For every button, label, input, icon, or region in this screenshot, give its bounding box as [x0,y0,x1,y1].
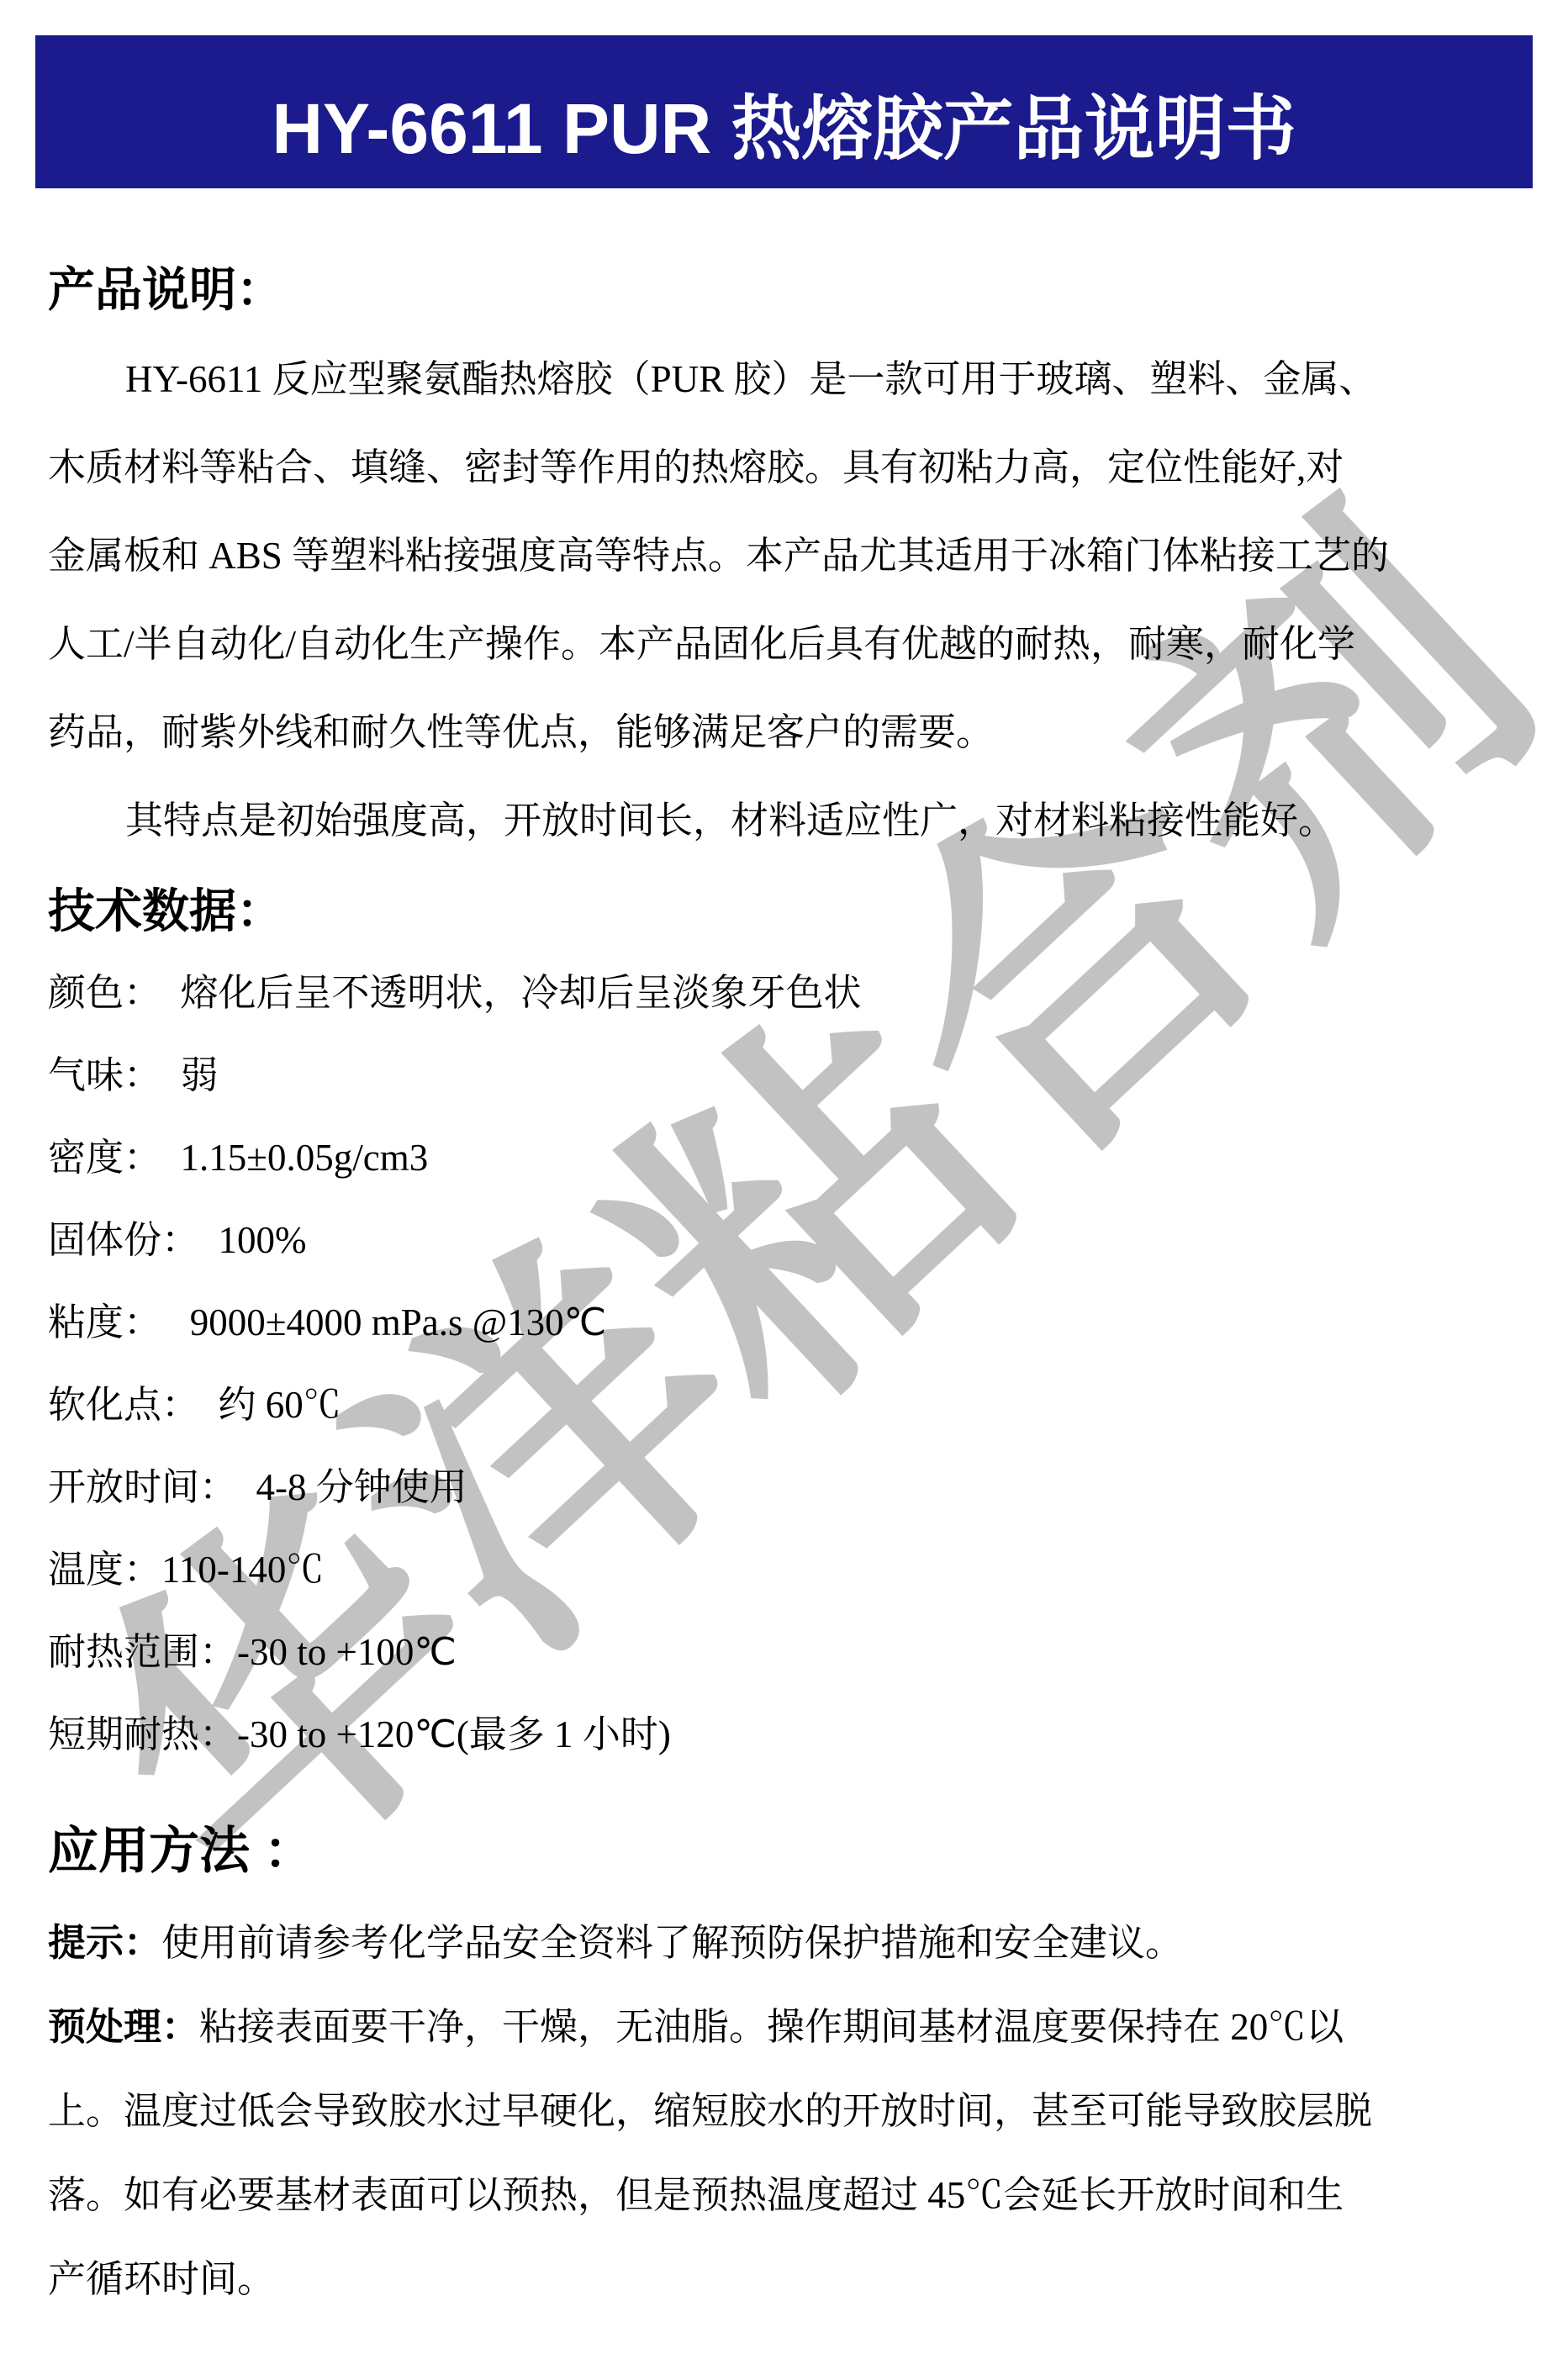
tech-label: 开放时间： [48,1466,237,1508]
section-heading-application-method: 应用方法 ： [48,1811,1522,1891]
application-line-label: 提示： [48,1921,161,1964]
tech-value: 约 60℃ [199,1384,341,1426]
tech-value: 弱 [161,1054,219,1096]
document-title: HY-6611 PUR 热熔胶产品说明书 [272,50,1296,174]
application-line-text: 上。温度过低会导致胶水过早硬化，缩短胶水的开放时间，甚至可能导致胶层脱 [48,2090,1372,2132]
tech-label: 密度： [48,1137,161,1179]
product-description-paragraph: HY-6611 反应型聚氨酯热熔胶（PUR 胶）是一款可用于玻璃、塑料、金属、 … [48,335,1522,865]
title-banner: HY-6611 PUR 热熔胶产品说明书 [35,35,1533,188]
document-body: 产品说明： HY-6611 反应型聚氨酯热熔胶（PUR 胶）是一款可用于玻璃、塑… [0,254,1568,2321]
tech-value: 4-8 分钟使用 [237,1466,467,1508]
tech-value: 熔化后呈不透明状，冷却后呈淡象牙色状 [161,972,862,1014]
document-page: 华洋粘合剂 HY-6611 PUR 热熔胶产品说明书 产品说明： HY-6611… [0,0,1568,2354]
application-line: 落。如有必要基材表面可以预热，但是预热温度超过 45℃会延长开放时间和生 [48,2153,1522,2237]
tech-row: 气味： 弱 [48,1034,1522,1116]
application-line-text: 产循环时间。 [48,2258,275,2300]
application-line: 产循环时间。 [48,2237,1522,2321]
tech-row: 颜色： 熔化后呈不透明状，冷却后呈淡象牙色状 [48,952,1522,1034]
description-line: 金属板和 ABS 等塑料粘接强度高等特点。本产品尤其适用于冰箱门体粘接工艺的 [48,512,1522,600]
tech-value: 1.15±0.05g/cm3 [161,1137,428,1179]
tech-value: -30 to +120℃(最多 1 小时) [237,1713,671,1755]
tech-value: 110-140℃ [161,1549,324,1591]
application-line-text: 落。如有必要基材表面可以预热，但是预热温度超过 45℃会延长开放时间和生 [48,2174,1344,2216]
tech-row: 粘度： 9000±4000 mPa.s @130℃ [48,1281,1522,1364]
application-paragraphs: 提示：使用前请参考化学品安全资料了解预防保护措施和安全建议。 预处理：粘接表面要… [48,1901,1522,2321]
application-line-text: 使用前请参考化学品安全资料了解预防保护措施和安全建议。 [161,1922,1183,1964]
tech-value: 9000±4000 mPa.s @130℃ [161,1301,606,1343]
tech-row: 耐热范围：-30 to +100℃ [48,1611,1522,1693]
application-line-text: 粘接表面要干净，干燥，无油脂。操作期间基材温度要保持在 20℃以 [199,2006,1344,2048]
tech-label: 温度： [48,1549,161,1591]
application-line: 提示：使用前请参考化学品安全资料了解预防保护措施和安全建议。 [48,1901,1522,1985]
tech-label: 气味： [48,1054,161,1096]
tech-value: 100% [199,1219,307,1261]
tech-label: 耐热范围： [48,1631,237,1673]
application-line: 上。温度过低会导致胶水过早硬化，缩短胶水的开放时间，甚至可能导致胶层脱 [48,2069,1522,2153]
section-heading-product-description: 产品说明： [48,254,1522,325]
tech-label: 软化点： [48,1384,199,1426]
tech-row: 固体份： 100% [48,1199,1522,1281]
description-line: 木质材料等粘合、填缝、密封等作用的热熔胶。具有初粘力高，定位性能好,对 [48,424,1522,512]
tech-label: 固体份： [48,1219,199,1261]
application-line-label: 预处理： [48,2005,199,2048]
tech-row: 密度： 1.15±0.05g/cm3 [48,1116,1522,1199]
application-line: 预处理：粘接表面要干净，干燥，无油脂。操作期间基材温度要保持在 20℃以 [48,1985,1522,2069]
tech-row: 短期耐热：-30 to +120℃(最多 1 小时) [48,1693,1522,1776]
tech-value: -30 to +100℃ [237,1631,457,1673]
tech-label: 粘度： [48,1301,161,1343]
section-heading-technical-data: 技术数据： [48,875,1522,947]
technical-data-list: 颜色： 熔化后呈不透明状，冷却后呈淡象牙色状 气味： 弱 密度： 1.15±0.… [48,952,1522,1776]
description-line: 药品，耐紫外线和耐久性等优点，能够满足客户的需要。 [48,689,1522,777]
tech-row: 开放时间： 4-8 分钟使用 [48,1446,1522,1528]
tech-label: 颜色： [48,972,161,1014]
description-line: 其特点是初始强度高，开放时间长，材料适应性广，对材料粘接性能好。 [48,777,1522,865]
tech-row: 温度：110-140℃ [48,1528,1522,1611]
tech-label: 短期耐热： [48,1713,237,1755]
description-line: HY-6611 反应型聚氨酯热熔胶（PUR 胶）是一款可用于玻璃、塑料、金属、 [48,335,1522,424]
tech-row: 软化点： 约 60℃ [48,1364,1522,1446]
description-line: 人工/半自动化/自动化生产操作。本产品固化后具有优越的耐热，耐寒，耐化学 [48,600,1522,689]
